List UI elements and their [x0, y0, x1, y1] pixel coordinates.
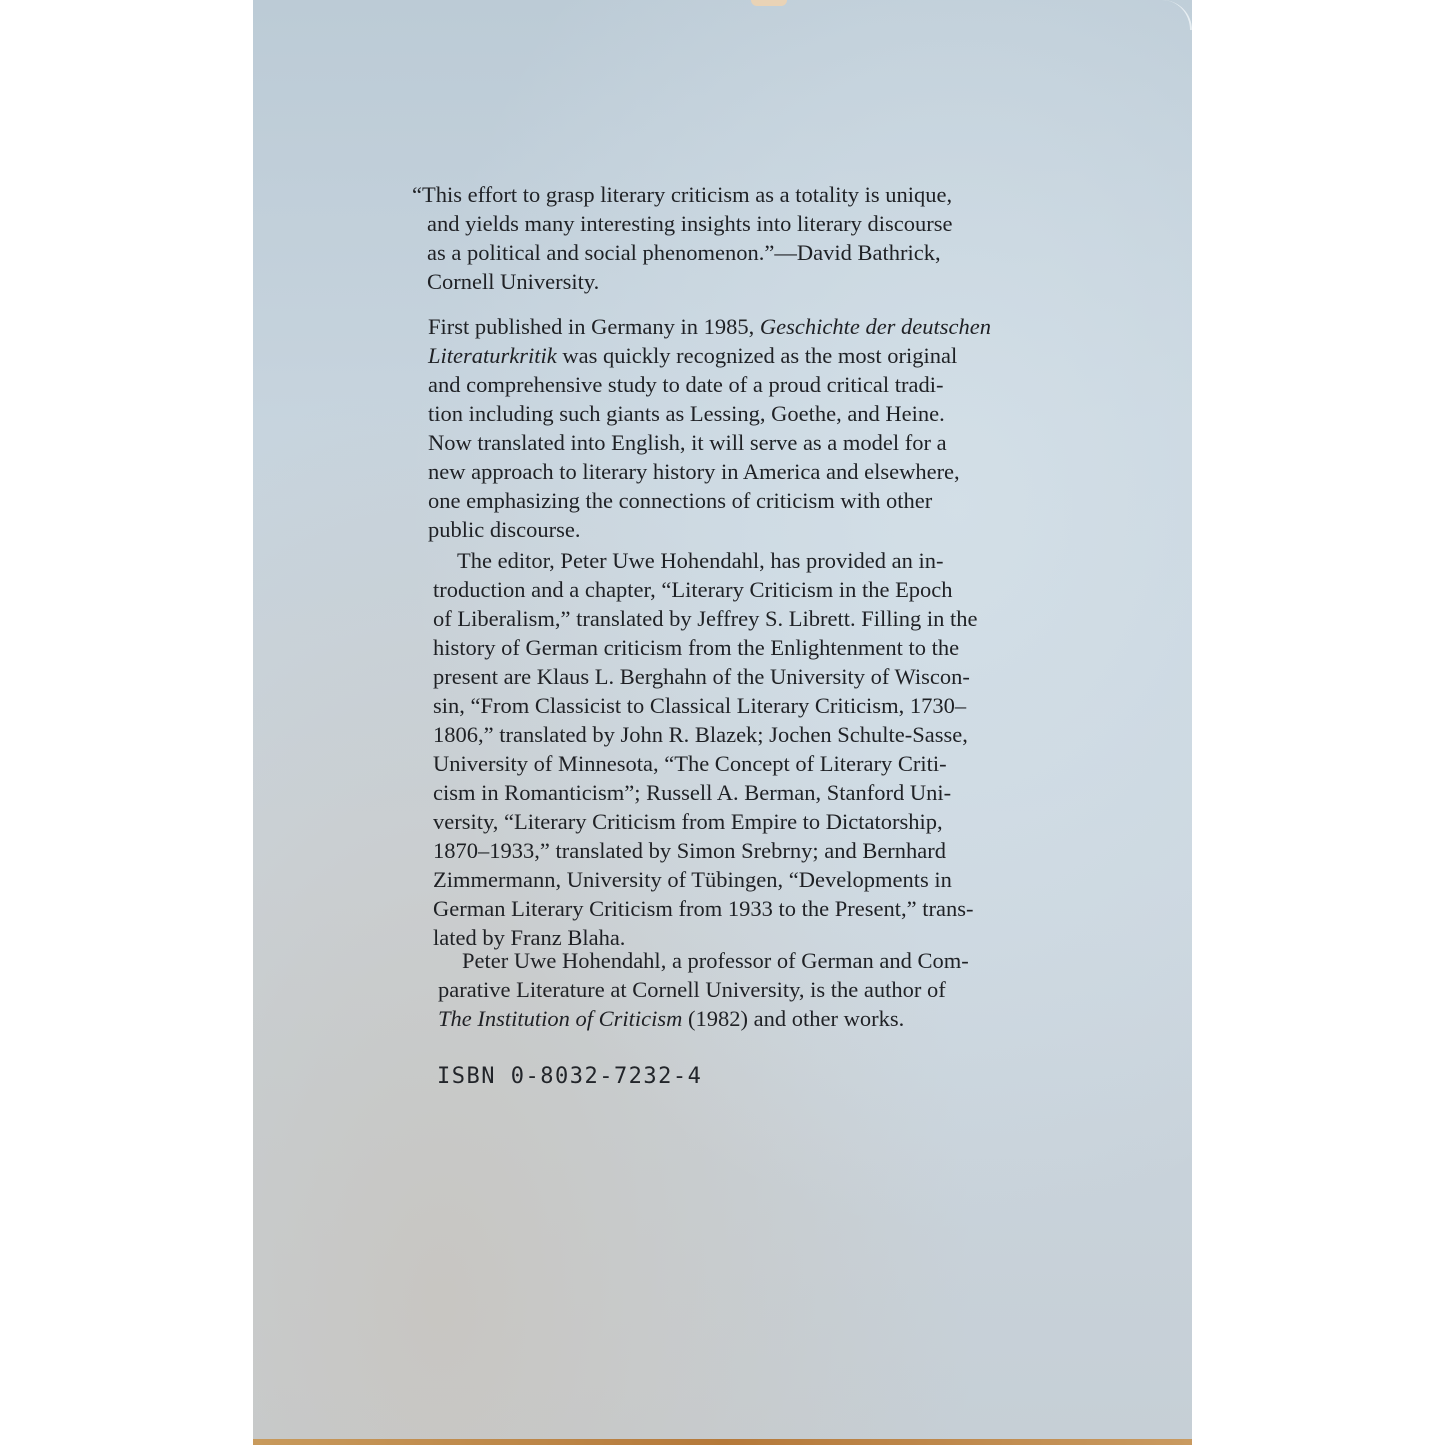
quote-line: and yields many interesting insights int…	[412, 209, 953, 238]
book-title-english: The Institution of Criticism	[438, 1006, 682, 1031]
paragraph-line: Peter Uwe Hohendahl, a professor of Germ…	[438, 946, 969, 975]
quote-line: as a political and social phenomenon.”—D…	[412, 238, 953, 267]
paragraph-line: Now translated into English, it will ser…	[428, 428, 991, 457]
quote-line: Cornell University.	[412, 267, 953, 296]
paragraph-line: University of Minnesota, “The Concept of…	[433, 749, 977, 778]
paragraph-line: 1806,” translated by John R. Blazek; Joc…	[433, 720, 977, 749]
paragraph-line: First published in Germany in 1985, Gesc…	[428, 312, 991, 341]
contributors-paragraph: The editor, Peter Uwe Hohendahl, has pro…	[433, 546, 977, 952]
paragraph-line: new approach to literary history in Amer…	[428, 457, 991, 486]
paragraph-line: cism in Romanticism”; Russell A. Berman,…	[433, 778, 977, 807]
description-paragraph: First published in Germany in 1985, Gesc…	[428, 312, 991, 544]
paragraph-line: of Liberalism,” translated by Jeffrey S.…	[433, 604, 977, 633]
blurb-quote: “This effort to grasp literary criticism…	[412, 180, 953, 296]
paragraph-line: German Literary Criticism from 1933 to t…	[433, 894, 977, 923]
paragraph-line: present are Klaus L. Berghahn of the Uni…	[433, 662, 977, 691]
paragraph-line: parative Literature at Cornell Universit…	[438, 975, 969, 1004]
author-bio-paragraph: Peter Uwe Hohendahl, a professor of Germ…	[438, 946, 969, 1033]
text-run: (1982) and other works.	[682, 1006, 904, 1031]
book-title-german: Literaturkritik	[428, 343, 557, 368]
paragraph-line: versity, “Literary Criticism from Empire…	[433, 807, 977, 836]
paragraph-line: history of German criticism from the Enl…	[433, 633, 977, 662]
paragraph-line: public discourse.	[428, 515, 991, 544]
paragraph-line: The editor, Peter Uwe Hohendahl, has pro…	[433, 546, 977, 575]
cover-top-notch	[751, 0, 787, 6]
paragraph-line: and comprehensive study to date of a pro…	[428, 370, 991, 399]
paragraph-line: The Institution of Criticism (1982) and …	[438, 1004, 969, 1033]
paragraph-line: Literaturkritik was quickly recognized a…	[428, 341, 991, 370]
cover-corner-curl	[1162, 0, 1192, 30]
paragraph-line: sin, “From Classicist to Classical Liter…	[433, 691, 977, 720]
isbn-number: ISBN 0-8032-7232-4	[437, 1064, 702, 1089]
paragraph-line: 1870–1933,” translated by Simon Srebrny;…	[433, 836, 977, 865]
book-title-german: Geschichte der deutschen	[760, 314, 991, 339]
text-run: First published in Germany in 1985,	[428, 314, 760, 339]
paragraph-line: one emphasizing the connections of criti…	[428, 486, 991, 515]
quote-line: “This effort to grasp literary criticism…	[412, 180, 953, 209]
paragraph-line: Zimmermann, University of Tübingen, “Dev…	[433, 865, 977, 894]
text-run: was quickly recognized as the most origi…	[557, 343, 958, 368]
paragraph-line: troduction and a chapter, “Literary Crit…	[433, 575, 977, 604]
paragraph-line: tion including such giants as Lessing, G…	[428, 399, 991, 428]
